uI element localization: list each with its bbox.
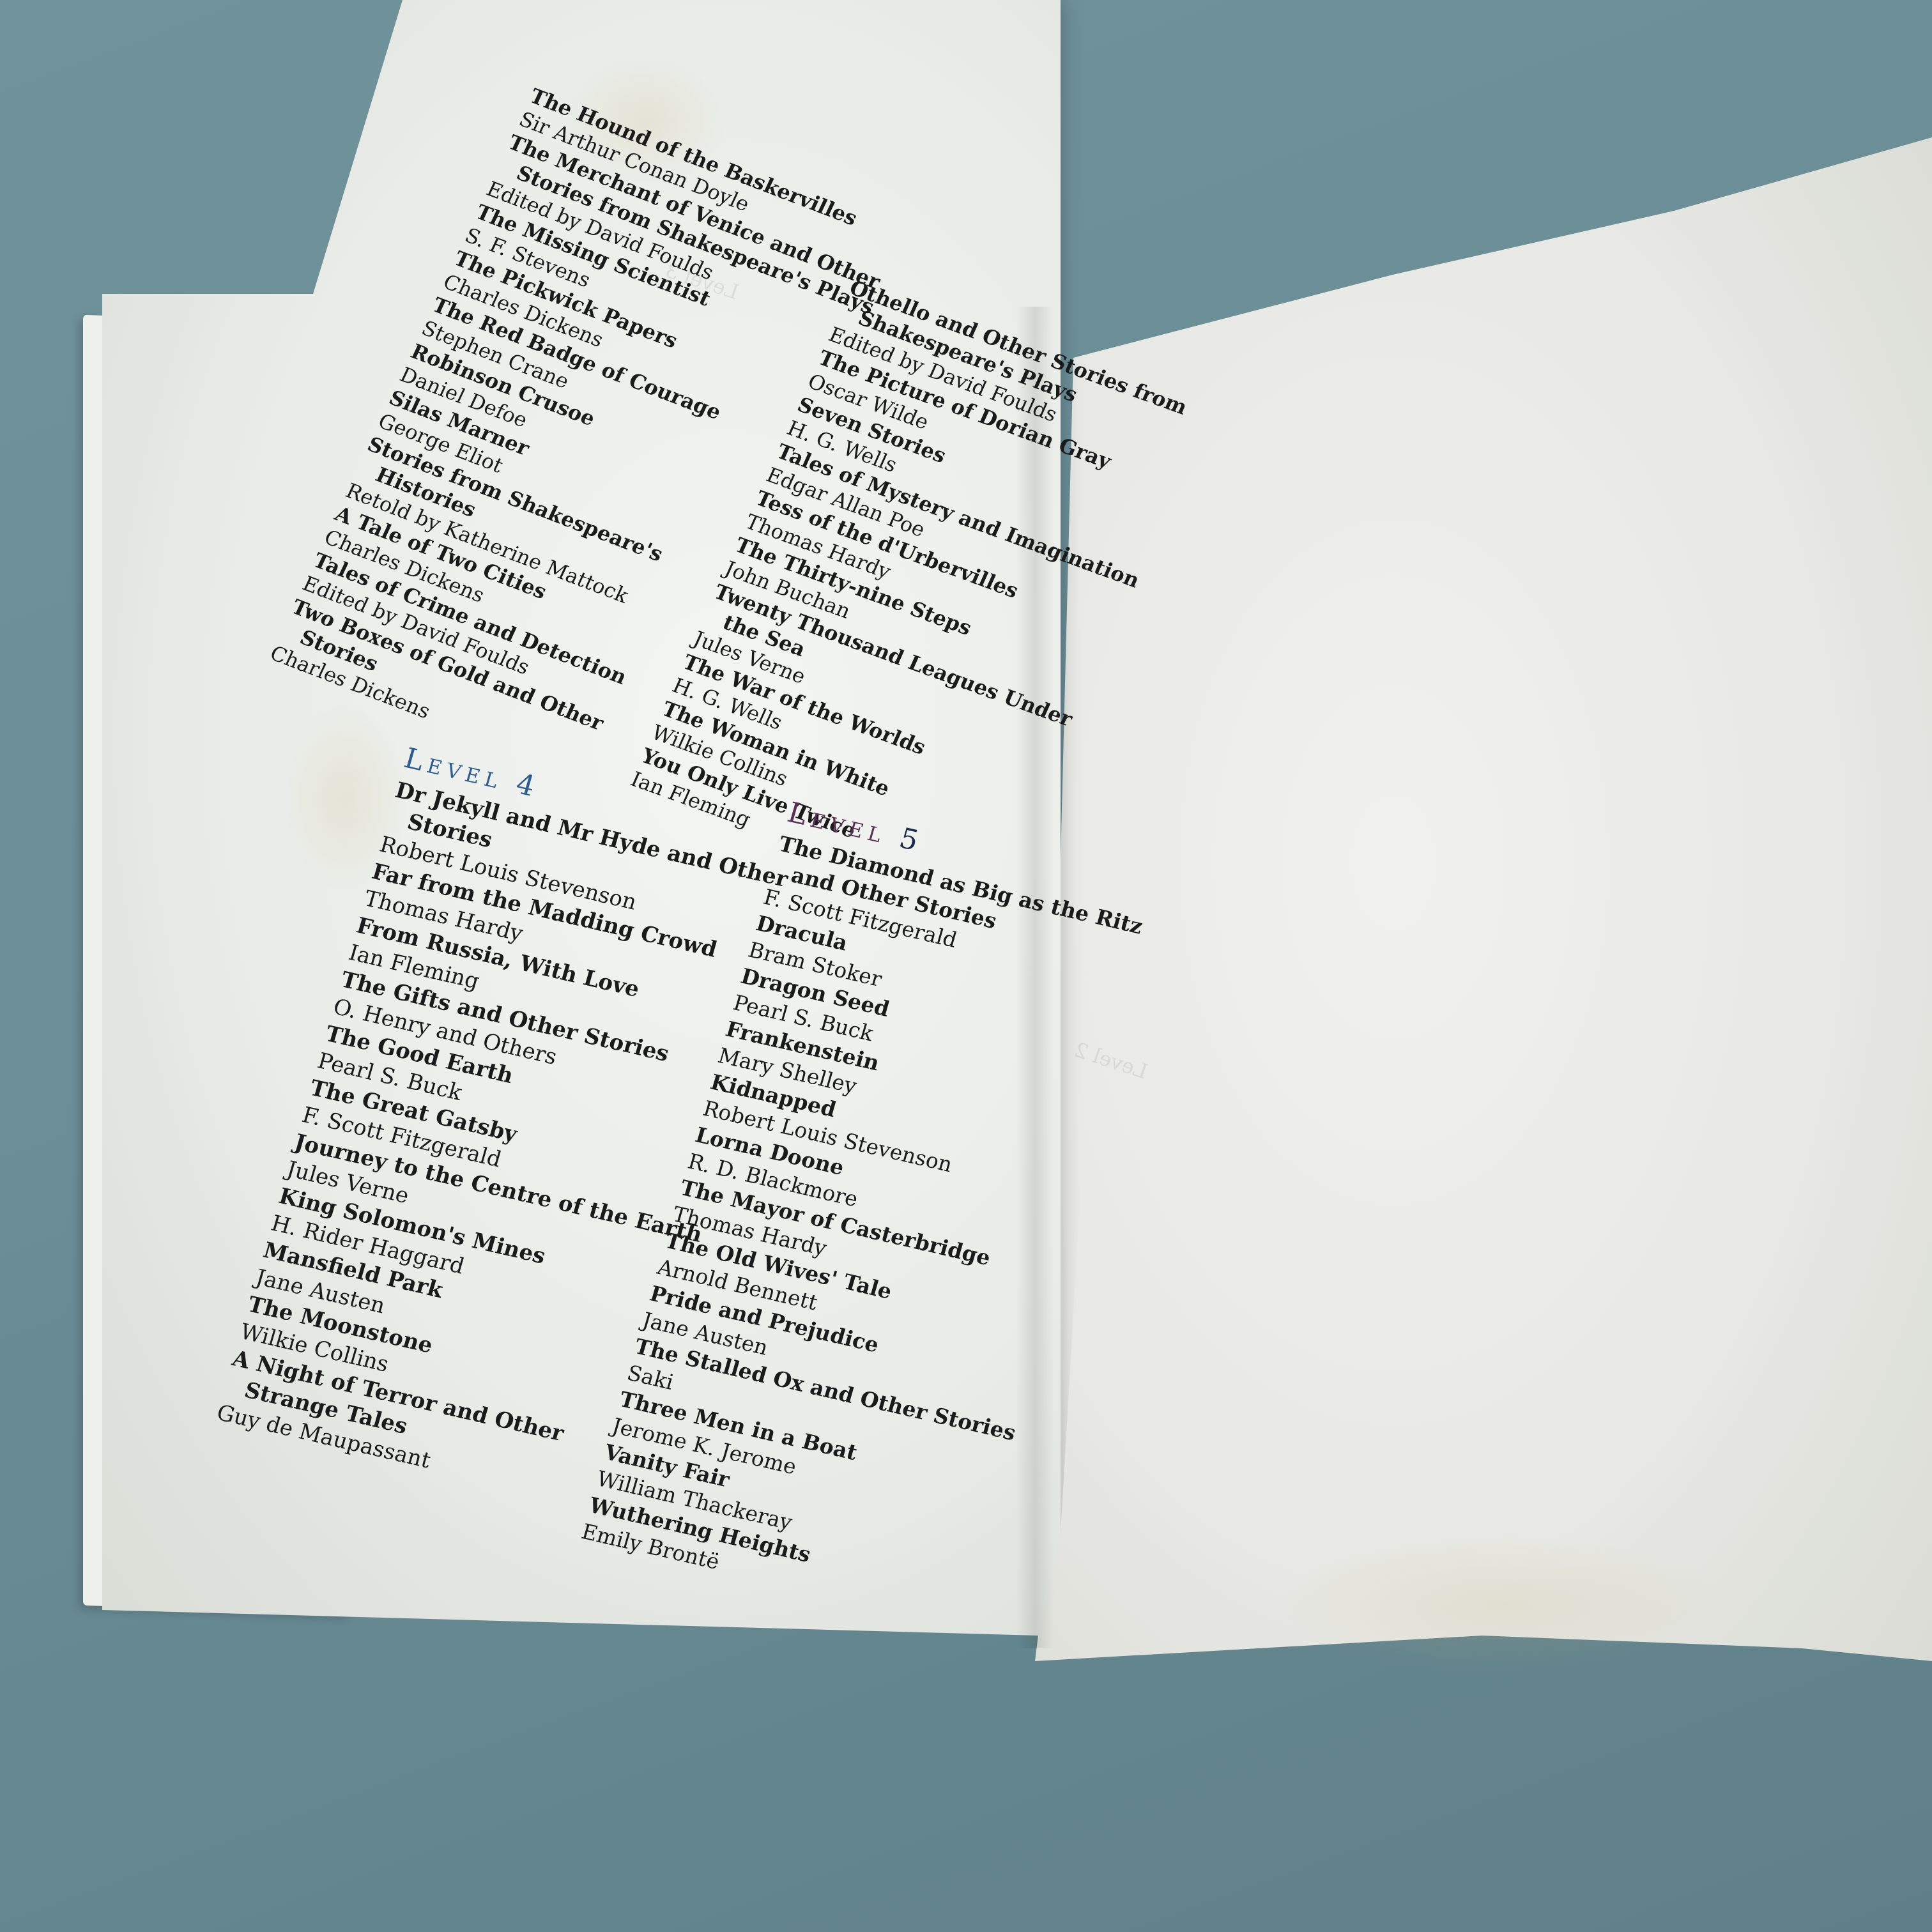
right-blank-page	[1035, 0, 1932, 1725]
water-stain	[1278, 1533, 1725, 1674]
